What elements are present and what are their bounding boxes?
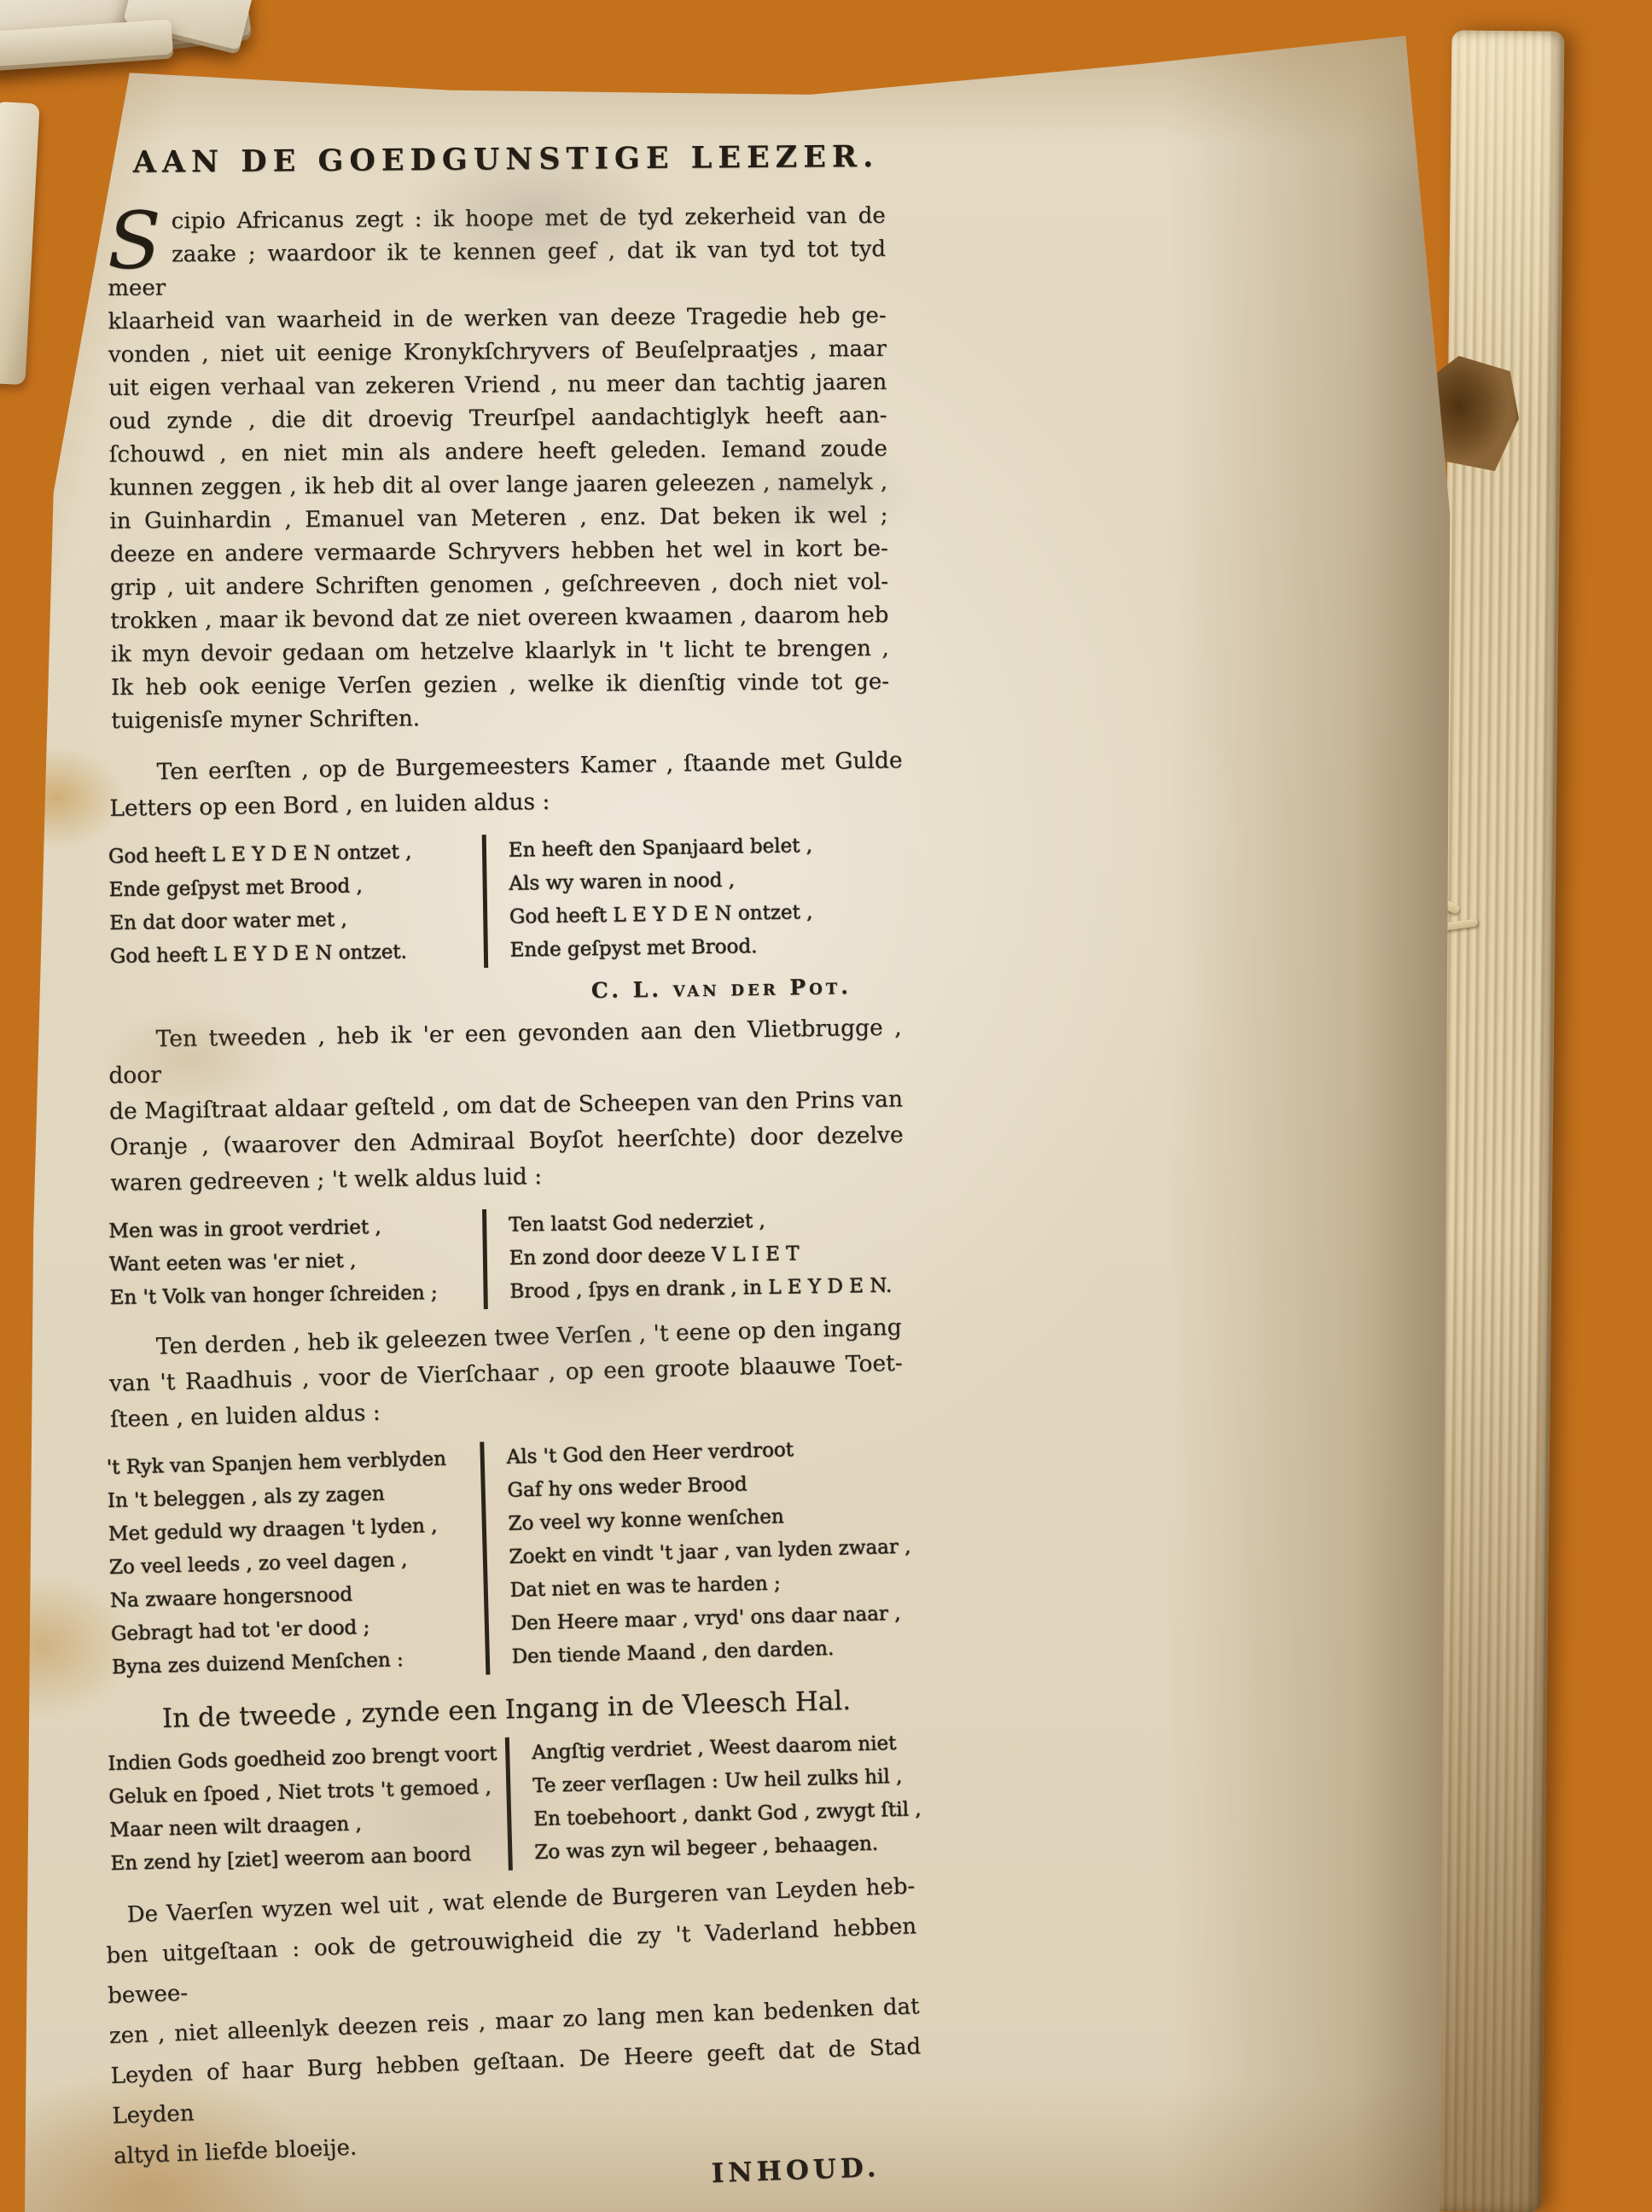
ten-eersten-paragraph: Ten eerſten , op de Burgemeesters Kamer …: [108, 742, 903, 827]
intro-lines: cipio Africanus zegt : ik hoope met de t…: [108, 200, 890, 738]
verse-right-column: En heeft den Spanjaard belet ,Als wy war…: [482, 828, 905, 968]
verse-attribution: C. L. van der Pot.: [109, 973, 903, 1010]
section-heading-vleesch-hal: In de tweede , zynde een Ingang in de Vl…: [162, 1684, 904, 1734]
verse-block-raadhuis: 't Ryk van Spanjen hem verblydenIn 't be…: [106, 1431, 905, 1685]
verse-block-vlietbrugge: Men was in groot verdriet ,Want eeten wa…: [108, 1202, 904, 1315]
page-title: AAN DE GOEDGUNSTIGE LEEZER.: [109, 139, 903, 180]
ten-tweeden-paragraph: Ten tweeden , heb ik 'er een gevonden aa…: [108, 1010, 904, 1202]
verse-left-column: Indien Gods goedheid zoo brengt voortGel…: [108, 1738, 509, 1881]
verse-right-column: Angſtig verdriet , Weest daarom nietTe z…: [505, 1726, 922, 1871]
photo-of-book-page: AAN DE GOEDGUNSTIGE LEEZER. S cipio Afri…: [0, 0, 1652, 2212]
book-page: AAN DE GOEDGUNSTIGE LEEZER. S cipio Afri…: [20, 36, 1456, 2212]
verse-right-column: Ten laatst God nederziet ,En zond door d…: [482, 1202, 904, 1309]
verse-left-column: God heeft L E Y D E N ontzet ,Ende geſpy…: [108, 835, 484, 974]
verse-block-bord: God heeft L E Y D E N ontzet ,Ende geſpy…: [108, 828, 904, 974]
verse-right-column: Als 't God den Heer verdrootGaf hy ons w…: [480, 1430, 914, 1674]
page-content: AAN DE GOEDGUNSTIGE LEEZER. S cipio Afri…: [109, 137, 903, 2211]
intro-paragraph: S cipio Africanus zegt : ik hoope met de…: [108, 200, 890, 738]
book-fore-edge: [1429, 30, 1565, 2212]
verse-block-vleesch-hal: Indien Gods goedheid zoo brengt voortGel…: [108, 1727, 905, 1881]
closing-paragraph: De Vaerſen wyzen wel uit , wat elende de…: [104, 1866, 924, 2177]
verse-left-column: 't Ryk van Spanjen hem verblydenIn 't be…: [106, 1442, 486, 1685]
verse-left-column: Men was in groot verdriet ,Want eeten wa…: [108, 1209, 484, 1315]
ten-derden-paragraph: Ten derden , heb ik geleezen twee Verſen…: [108, 1310, 904, 1438]
drop-cap-initial: S: [108, 205, 172, 272]
